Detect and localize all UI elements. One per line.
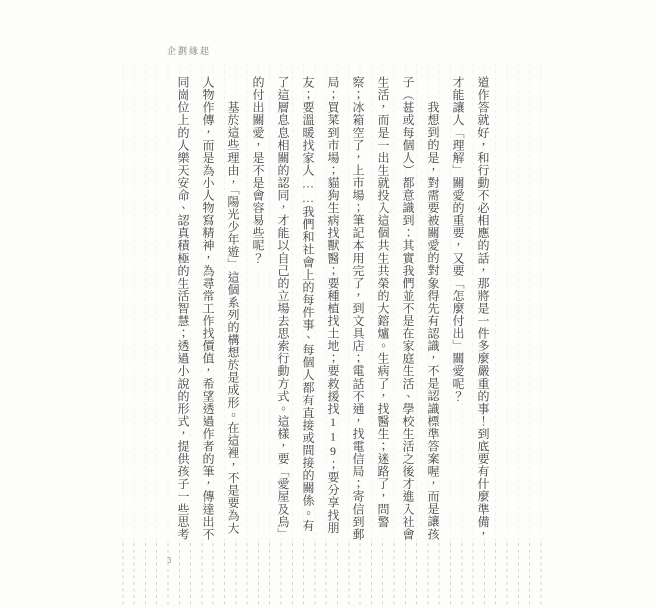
- page-number: 3: [167, 556, 171, 565]
- page-container: 企劃緣起 道作答就好，和行動不必相應的話，那將是一件多麼嚴重的事！到底要有什麼準…: [0, 0, 655, 609]
- body-text: 道作答就好，和行動不必相應的話，那將是一件多麼嚴重的事！到底要有什麼準備，才能讓…: [170, 76, 495, 542]
- paragraph-3: 基於這些理由，「陽光少年遊」這個系列的構想於是成形。在這裡，不是要為大人物作傳，…: [170, 76, 245, 542]
- paragraph-1: 道作答就好，和行動不必相應的話，那將是一件多麼嚴重的事！到底要有什麼準備，才能讓…: [445, 76, 495, 542]
- running-head: 企劃緣起: [167, 44, 211, 57]
- paper-ruling-bottom-band: [112, 543, 548, 607]
- paragraph-2: 我想到的是，對需要被關愛的對象得先有認識，不是認識標準答案喔，而是讓孩子（甚或每…: [245, 76, 445, 542]
- scanned-book-page: { "page": { "header": "企劃緣起", "page_numb…: [0, 0, 655, 609]
